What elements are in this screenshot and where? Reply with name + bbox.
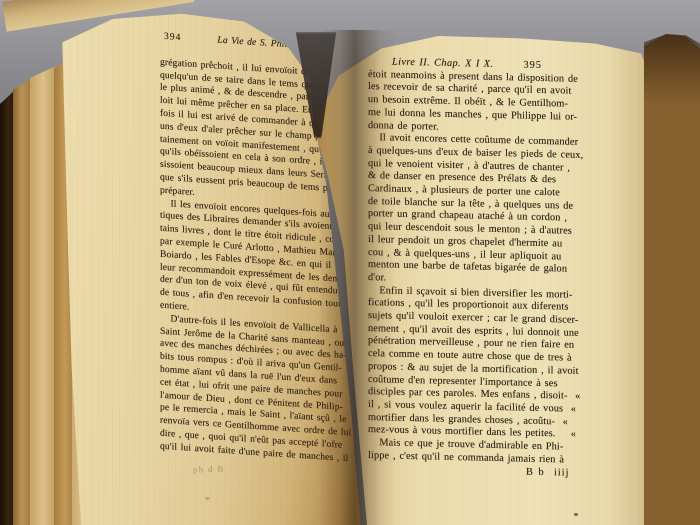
right-page-header: Livre II. Chap. X I X. 395 xyxy=(366,56,634,75)
foxing-speck xyxy=(205,497,210,500)
text-line: il leur pendoit un gros chapelet d'hermi… xyxy=(368,234,634,253)
text-line: Il avoit encores cette coûtume de comman… xyxy=(368,132,634,151)
text-line: d'or. xyxy=(368,272,634,291)
text-line: les recevoir de sa charité , parce qu'il… xyxy=(368,81,634,100)
page-number-right: 395 xyxy=(523,60,541,73)
foxing-speck xyxy=(574,513,578,516)
text-line: à quelques-uns d'eux de baiser les pieds… xyxy=(368,145,634,164)
text-line: porter un grand chapeau ataché à un cord… xyxy=(368,208,634,227)
photo-background: 394 La Vie de S. Philippe Neri grégation… xyxy=(0,0,700,525)
text-line: coûtume d'en representer l'importance à … xyxy=(368,374,634,393)
right-fore-edge-shadow xyxy=(644,34,700,104)
right-page-lines: étoit neanmoins à present dans la dispos… xyxy=(366,69,634,469)
text-line: étoit neanmoins à present dans la dispos… xyxy=(368,69,634,88)
text-line: disciples par ces paroles. Mes enfans , … xyxy=(368,386,634,405)
right-page-text: Livre II. Chap. X I X. 395 étoit neanmoi… xyxy=(366,56,634,481)
text-line: mortifier dans les grandes choses , acoû… xyxy=(368,412,634,431)
text-line: qui leur descendoit sous le menton ; à d… xyxy=(368,221,634,240)
text-line: qui le venoient visiter , à d'autres de … xyxy=(368,158,634,177)
text-line: de toile blanche sur la tête , à quelque… xyxy=(368,196,634,215)
text-line: Enfin il sçavoit si bien diversifier les… xyxy=(368,285,634,304)
text-line: menton une barbe de tafetas bigarée de g… xyxy=(368,259,634,278)
text-line: me lui donna les manches , que Philippe … xyxy=(368,107,634,126)
text-line: fications , qu'il les proportionoit aux … xyxy=(368,297,634,316)
text-line: lippe , c'est qu'il ne commanda jamais r… xyxy=(368,450,634,469)
right-fore-edge xyxy=(644,34,700,525)
text-line: Cardinaux , à plusieurs de porter une ca… xyxy=(368,183,634,202)
left-fore-edge-strip xyxy=(30,66,56,525)
text-line: un besoin extrême. Il obéït , & le Genti… xyxy=(368,94,634,113)
signature-mark: B b iiij xyxy=(366,463,634,482)
text-line: sujets qu'il vouloit exercer ; car le gr… xyxy=(368,310,634,329)
left-cover-edge xyxy=(0,90,15,525)
text-line: & de danser en presence des Prélats & de… xyxy=(368,170,634,189)
running-title-right: Livre II. Chap. X I X. xyxy=(392,57,493,72)
text-line: donna de porter. xyxy=(368,120,634,139)
text-line: nement , qu'il avoit des esprits , lui d… xyxy=(368,323,634,342)
left-fore-edge-strip xyxy=(13,78,32,525)
text-line: mez-vous à vous mortifier dans les petit… xyxy=(368,424,634,443)
text-line: pénétration merveilleuse , pour ne rien … xyxy=(368,336,634,355)
page-number-left: 394 xyxy=(164,31,181,45)
text-line: cou , & à quelques-uns , il leur apliquo… xyxy=(368,247,634,266)
right-page: Livre II. Chap. X I X. 395 étoit neanmoi… xyxy=(310,26,666,525)
text-line: il , si vous voulez aquerir la facilité … xyxy=(368,399,634,418)
pencil-inscription: ph d B xyxy=(193,463,225,474)
text-line: Mais ce que je trouve d'admirable en Phi… xyxy=(368,437,634,456)
text-line: propos : & au sujet de la mortification … xyxy=(368,361,634,380)
text-line: cela comme en toute autre chose que de t… xyxy=(368,348,634,367)
